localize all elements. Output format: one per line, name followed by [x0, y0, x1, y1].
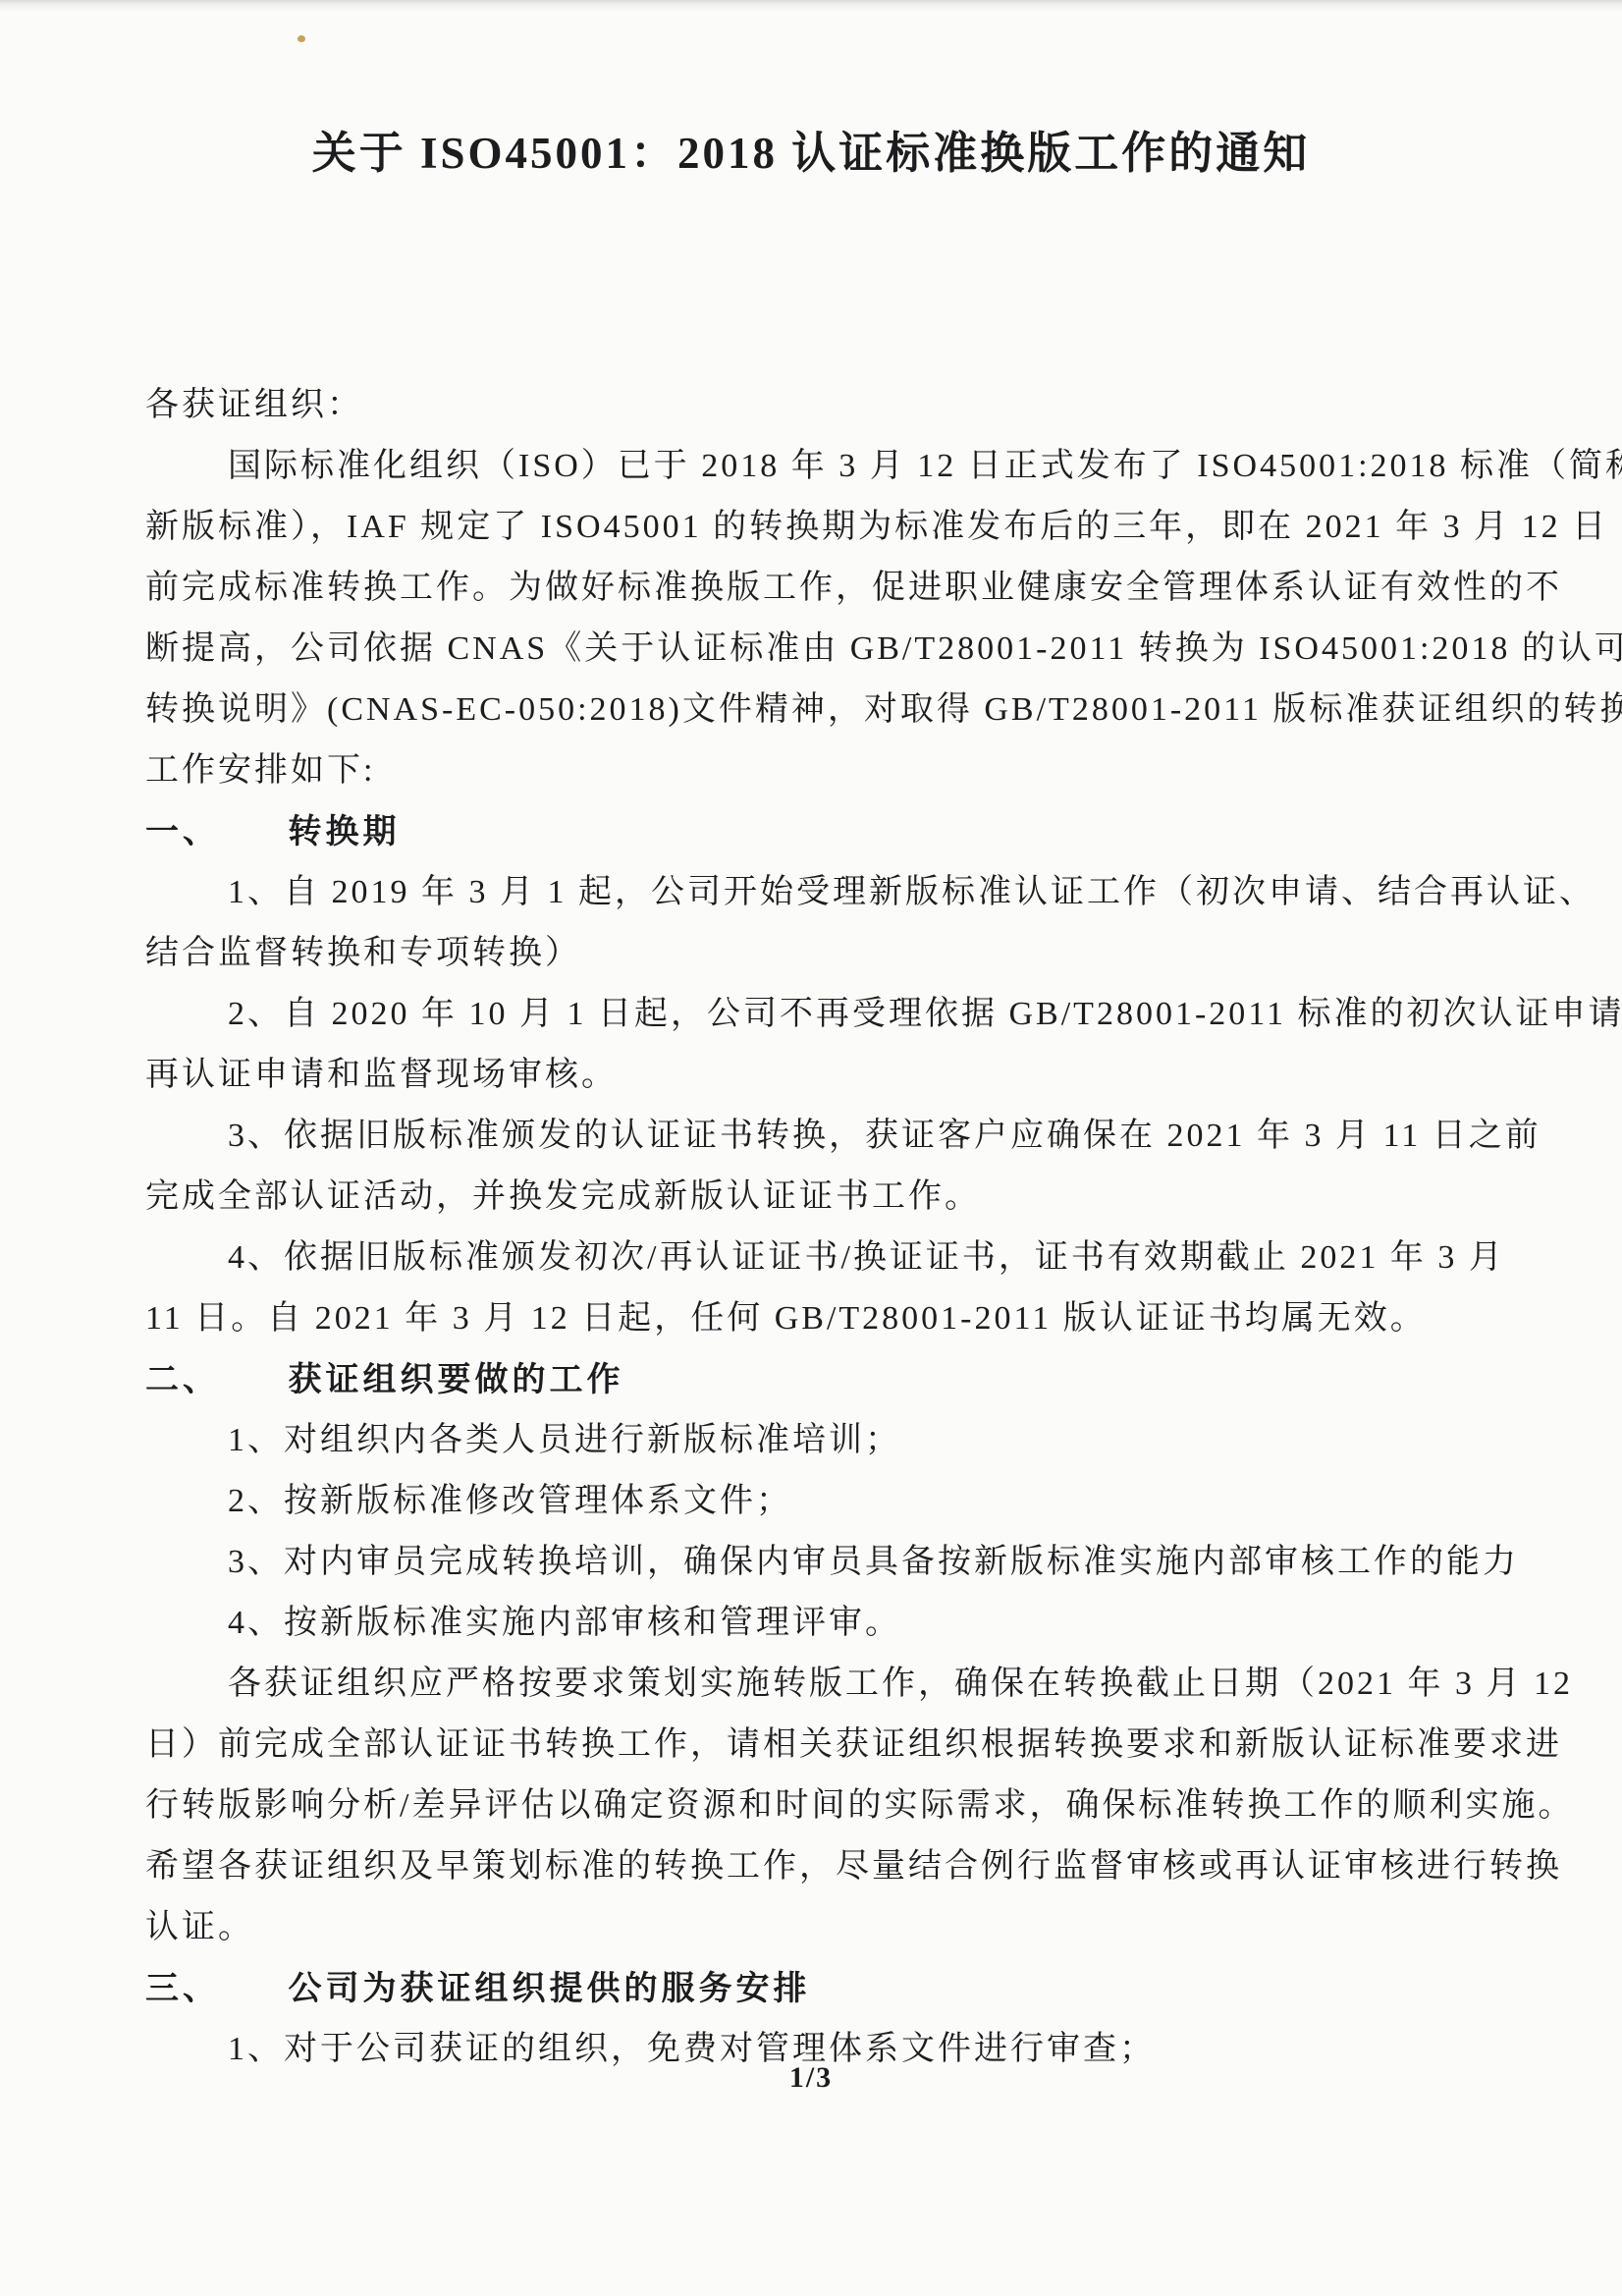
section-heading-3: 三、 公司为获证组织提供的服务安排: [145, 1958, 1504, 2019]
section-title: 公司为获证组织提供的服务安排: [288, 1970, 810, 2007]
document-body: 各获证组织： 国际标准化组织（ISO）已于 2018 年 3 月 12 日正式发…: [145, 375, 1504, 2080]
paragraph-line: 希望各获证组织及早策划标准的转换工作，尽量结合例行监督审核或再认证审核进行转换: [145, 1836, 1504, 1897]
paragraph-line: 断提高，公司依据 CNAS《关于认证标准由 GB/T28001-2011 转换为…: [145, 619, 1504, 680]
document-page: 关于 ISO45001：2018 认证标准换版工作的通知 各获证组织： 国际标准…: [0, 0, 1622, 2296]
list-item: 3、依据旧版标准颁发的认证证书转换，获证客户应确保在 2021 年 3 月 11…: [145, 1106, 1504, 1167]
list-item: 4、依据旧版标准颁发初次/再认证证书/换证证书，证书有效期截止 2021 年 3…: [145, 1228, 1504, 1288]
list-item: 3、对内审员完成转换培训，确保内审员具备按新版标准实施内部审核工作的能力: [145, 1532, 1504, 1593]
list-item-cont: 再认证申请和监督现场审核。: [145, 1045, 1504, 1106]
list-item: 1、对组织内各类人员进行新版标准培训；: [145, 1410, 1504, 1471]
list-item-cont: 11 日。自 2021 年 3 月 12 日起，任何 GB/T28001-201…: [145, 1288, 1504, 1349]
scan-speck: [297, 35, 305, 42]
list-item: 4、按新版标准实施内部审核和管理评审。: [145, 1593, 1504, 1654]
scan-edge-artifact: [0, 0, 1622, 12]
section-title: 获证组织要做的工作: [288, 1361, 623, 1398]
section-marker: 三、: [145, 1970, 220, 2007]
section-marker: 二、: [145, 1361, 220, 1398]
list-item-cont: 结合监督转换和专项转换）: [145, 923, 1504, 984]
section-marker: 一、: [145, 813, 220, 850]
paragraph-line: 各获证组织应严格按要求策划实施转版工作，确保在转换截止日期（2021 年 3 月…: [145, 1654, 1504, 1715]
page-number: 1/3: [0, 2058, 1622, 2098]
page-title: 关于 ISO45001：2018 认证标准换版工作的通知: [0, 0, 1622, 183]
paragraph-line: 行转版影响分析/差异评估以确定资源和时间的实际需求，确保标准转换工作的顺利实施。: [145, 1776, 1504, 1836]
list-item-cont: 完成全部认证活动，并换发完成新版认证证书工作。: [145, 1167, 1504, 1228]
paragraph-line: 国际标准化组织（ISO）已于 2018 年 3 月 12 日正式发布了 ISO4…: [145, 436, 1504, 497]
paragraph-line: 日）前完成全部认证证书转换工作，请相关获证组织根据转换要求和新版认证标准要求进: [145, 1715, 1504, 1776]
section-heading-2: 二、 获证组织要做的工作: [145, 1349, 1504, 1410]
section-heading-1: 一、 转换期: [145, 801, 1504, 862]
paragraph-line: 认证。: [145, 1897, 1504, 1958]
paragraph-line: 转换说明》(CNAS-EC-050:2018)文件精神，对取得 GB/T2800…: [145, 680, 1504, 740]
list-item: 2、自 2020 年 10 月 1 日起，公司不再受理依据 GB/T28001-…: [145, 984, 1504, 1045]
list-item: 2、按新版标准修改管理体系文件；: [145, 1471, 1504, 1532]
paragraph-line: 新版标准），IAF 规定了 ISO45001 的转换期为标准发布后的三年，即在 …: [145, 497, 1504, 558]
paragraph-line: 工作安排如下:: [145, 740, 1504, 801]
paragraph-line: 前完成标准转换工作。为做好标准换版工作，促进职业健康安全管理体系认证有效性的不: [145, 558, 1504, 619]
salutation: 各获证组织：: [145, 375, 1504, 436]
list-item: 1、自 2019 年 3 月 1 起，公司开始受理新版标准认证工作（初次申请、结…: [145, 862, 1504, 923]
section-title: 转换期: [288, 813, 400, 850]
